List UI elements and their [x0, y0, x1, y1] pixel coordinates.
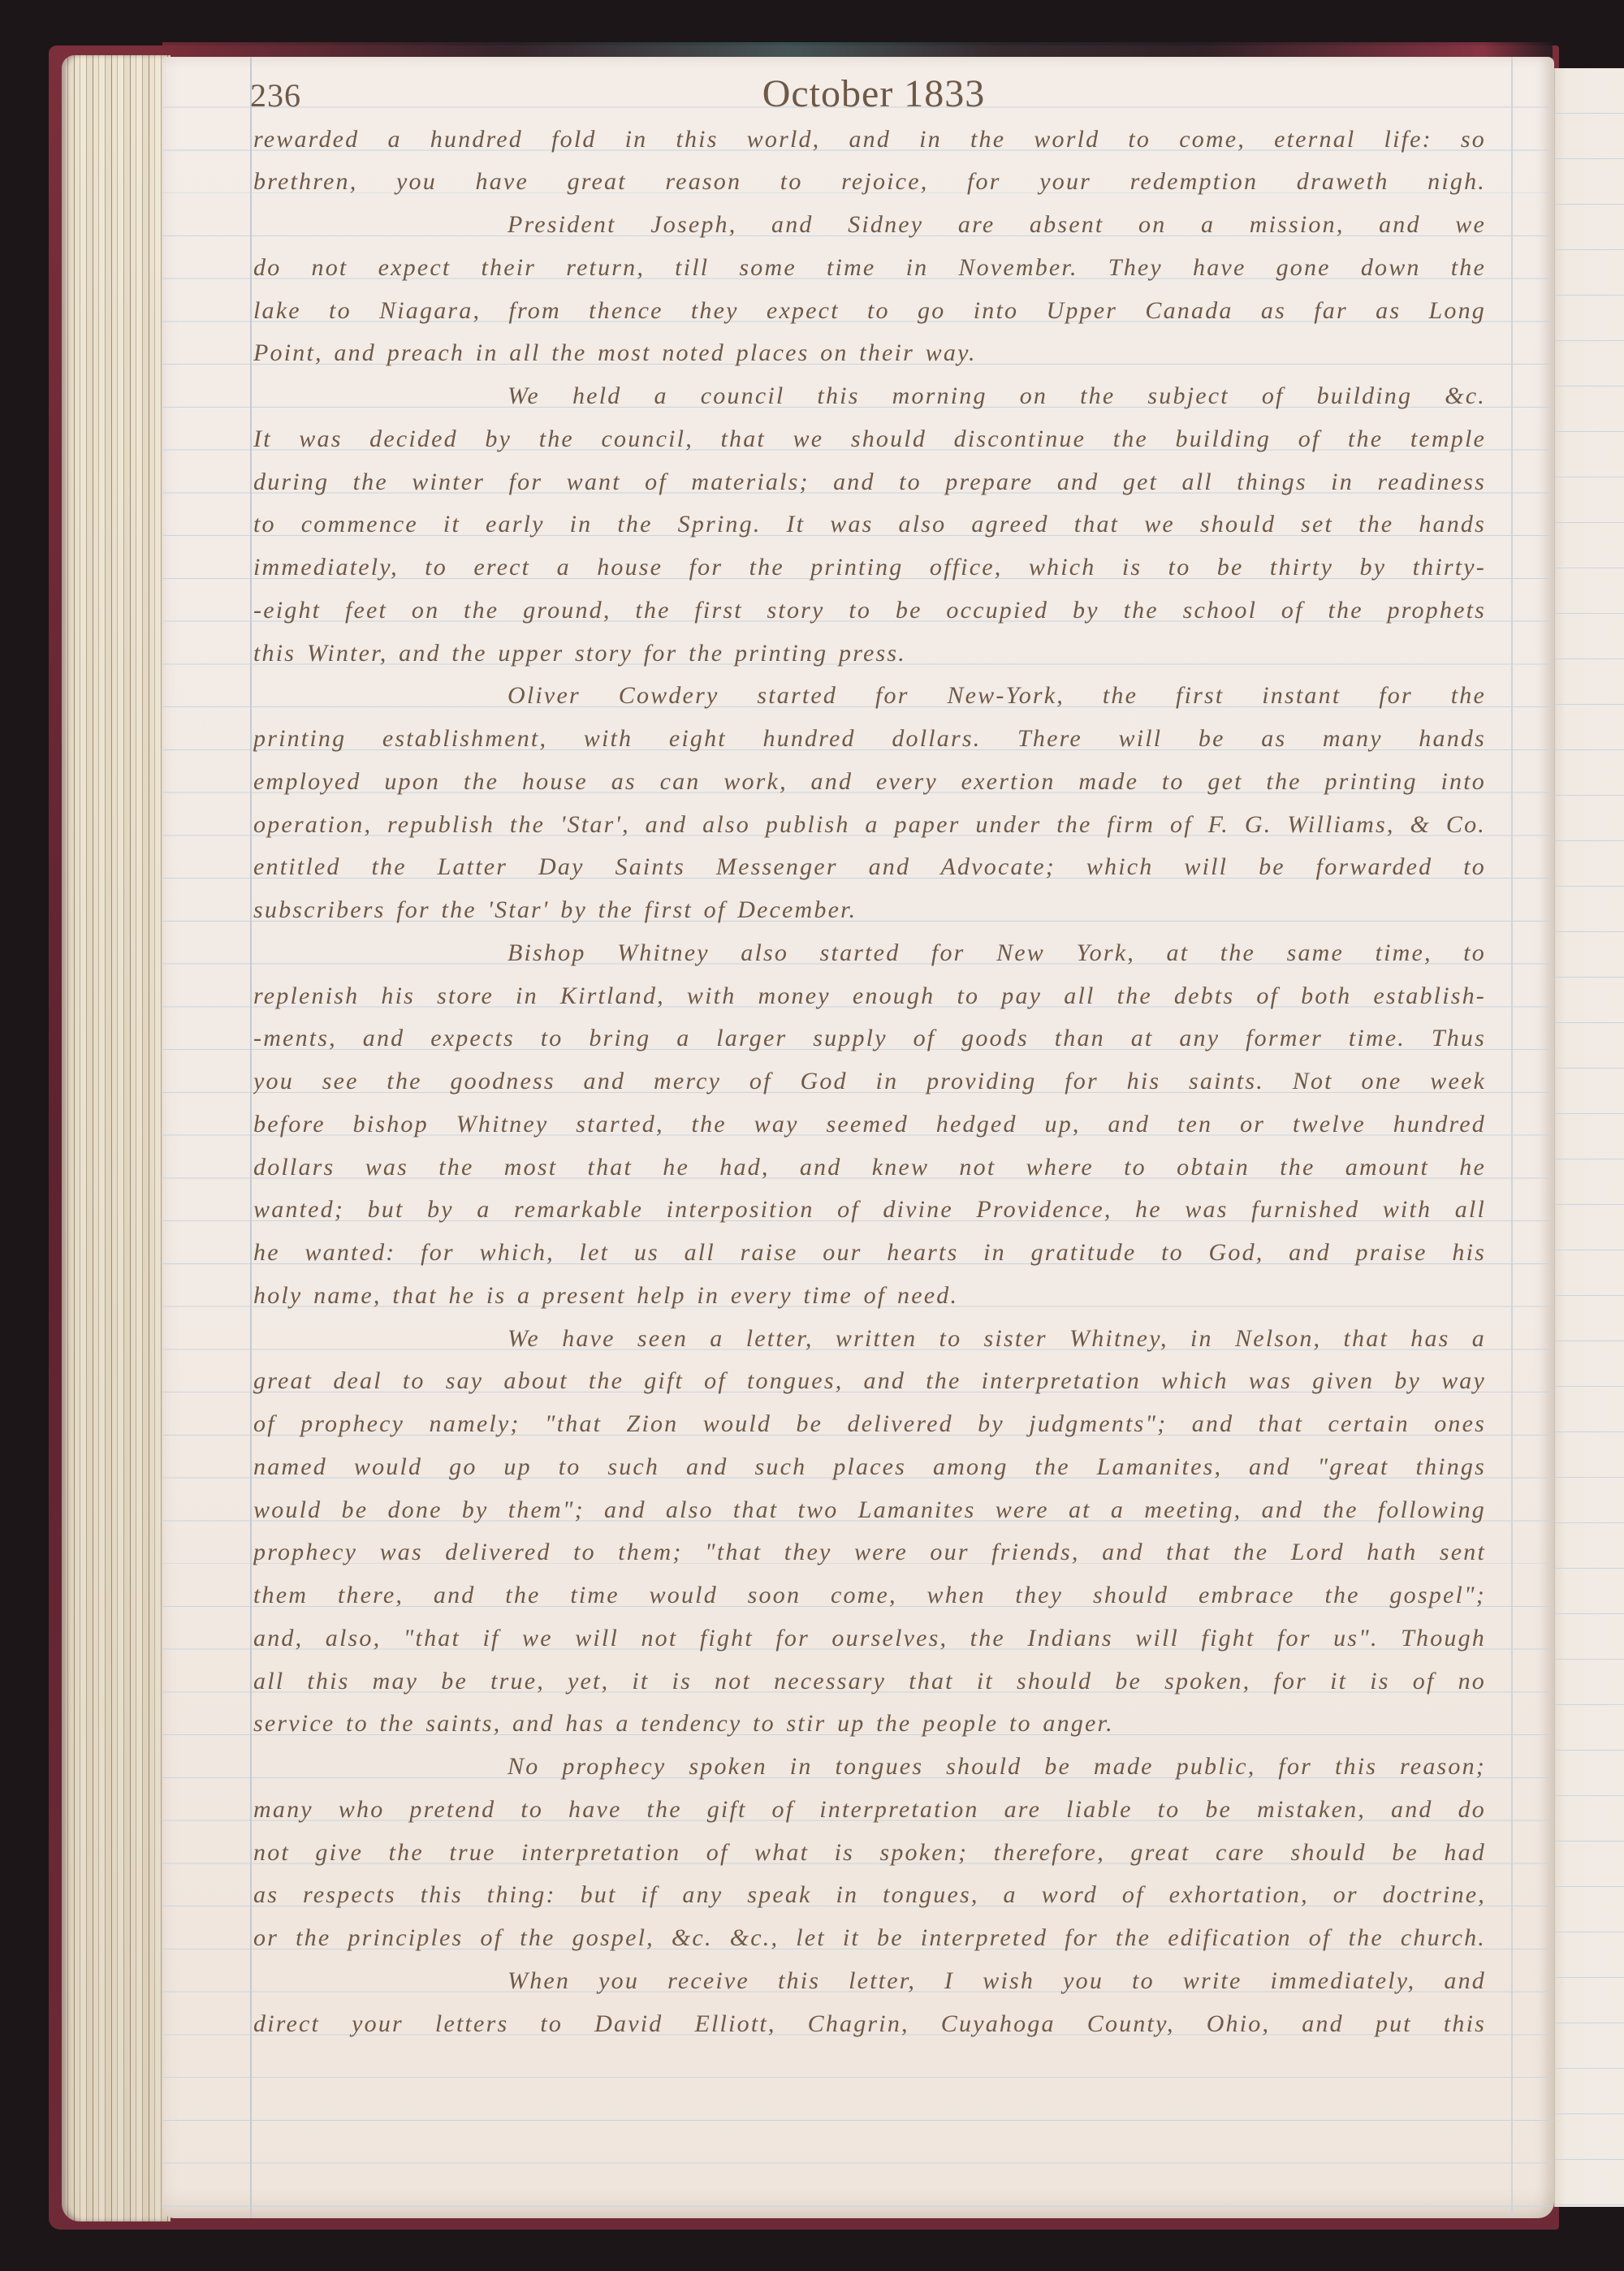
text-line: operation, republish the 'Star', and als… [253, 804, 1486, 847]
paragraph-end-line: service to the saints, and has a tendenc… [253, 1703, 1486, 1746]
manuscript-page: 236 October 1833 rewarded a hundred fold… [162, 57, 1554, 2218]
text-line: immediately, to erect a house for the pr… [253, 546, 1486, 589]
text-line: before bishop Whitney started, the way s… [253, 1103, 1486, 1146]
text-line: during the winter for want of materials;… [253, 461, 1486, 504]
text-line: you see the goodness and mercy of God in… [253, 1060, 1486, 1103]
text-line: -ments, and expects to bring a larger su… [253, 1017, 1486, 1060]
paragraph-start-line: Bishop Whitney also started for New York… [253, 932, 1486, 975]
manuscript-text: rewarded a hundred fold in this world, a… [253, 119, 1486, 2046]
text-line: of prophecy namely; "that Zion would be … [253, 1403, 1486, 1446]
paragraph-start-line: We held a council this morning on the su… [253, 375, 1486, 418]
paragraph-start-line: When you receive this letter, I wish you… [253, 1960, 1486, 2003]
text-line: employed upon the house as can work, and… [253, 761, 1486, 804]
text-line: great deal to say about the gift of tong… [253, 1360, 1486, 1403]
text-line: not give the true interpretation of what… [253, 1832, 1486, 1875]
left-margin-rule [250, 57, 252, 2218]
text-line: or the principles of the gospel, &c. &c.… [253, 1917, 1486, 1960]
paragraph-end-line: holy name, that he is a present help in … [253, 1275, 1486, 1318]
page-number: 236 [250, 75, 301, 118]
paragraph-start-line: No prophecy spoken in tongues should be … [253, 1746, 1486, 1789]
text-line: all this may be true, yet, it is not nec… [253, 1660, 1486, 1703]
paragraph-start-line: Oliver Cowdery started for New-York, the… [253, 675, 1486, 718]
text-line: lake to Niagara, from thence they expect… [253, 290, 1486, 333]
text-line: do not expect their return, till some ti… [253, 247, 1486, 290]
text-line: It was decided by the council, that we s… [253, 418, 1486, 461]
text-line: would be done by them"; and also that tw… [253, 1489, 1486, 1532]
text-line: direct your letters to David Elliott, Ch… [253, 2003, 1486, 2046]
book-cover-top-edge [162, 42, 1553, 58]
text-line: brethren, you have great reason to rejoi… [253, 161, 1486, 204]
text-line: them there, and the time would soon come… [253, 1574, 1486, 1617]
text-line: prophecy was delivered to them; "that th… [253, 1531, 1486, 1574]
text-line: replenish his store in Kirtland, with mo… [253, 975, 1486, 1018]
paragraph-end-line: this Winter, and the upper story for the… [253, 633, 1486, 676]
text-line: entitled the Latter Day Saints Messenger… [253, 846, 1486, 889]
text-line: as respects this thing: but if any speak… [253, 1874, 1486, 1917]
paragraph-end-line: Point, and preach in all the most noted … [253, 332, 1486, 375]
text-line: -eight feet on the ground, the first sto… [253, 589, 1486, 633]
text-line: many who pretend to have the gift of int… [253, 1789, 1486, 1832]
paragraph-end-line: subscribers for the 'Star' by the first … [253, 889, 1486, 932]
text-line: named would go up to such and such place… [253, 1446, 1486, 1489]
paragraph-start-line: We have seen a letter, written to sister… [253, 1318, 1486, 1361]
page-stack-edges [62, 55, 171, 2221]
text-line: rewarded a hundred fold in this world, a… [253, 119, 1486, 162]
text-line: dollars was the most that he had, and kn… [253, 1146, 1486, 1189]
next-page-ruled-lines [1555, 68, 1624, 2207]
next-page-edge [1554, 68, 1624, 2207]
page-heading: October 1833 [711, 70, 1036, 119]
text-line: he wanted: for which, let us all raise o… [253, 1232, 1486, 1275]
text-line: wanted; but by a remarkable interpositio… [253, 1189, 1486, 1232]
text-line: to commence it early in the Spring. It w… [253, 503, 1486, 546]
paragraph-start-line: President Joseph, and Sidney are absent … [253, 204, 1486, 247]
text-line: and, also, "that if we will not fight fo… [253, 1617, 1486, 1660]
text-line: printing establishment, with eight hundr… [253, 718, 1486, 761]
right-margin-rule [1511, 57, 1513, 2218]
